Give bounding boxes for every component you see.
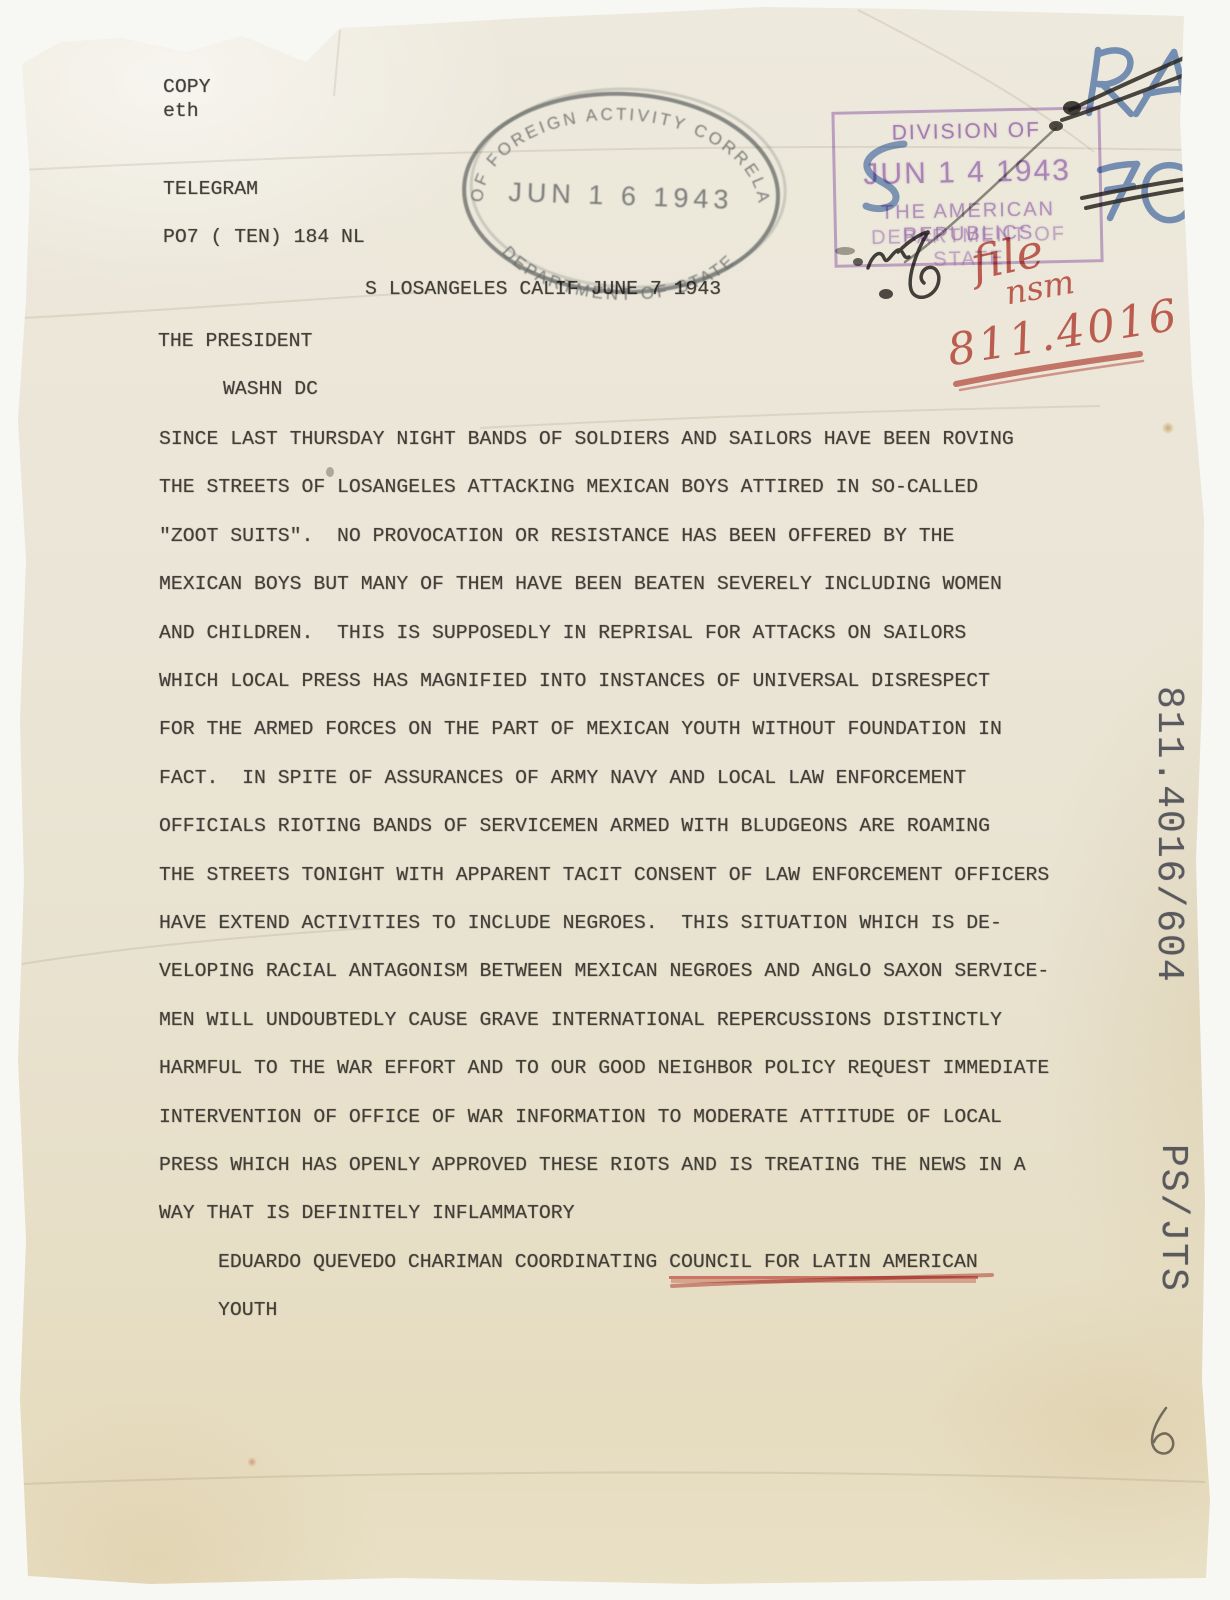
doc-type-label: TELEGRAM xyxy=(163,178,258,201)
routing-line: PO7 ( TEN) 184 NL xyxy=(163,226,365,249)
body-line: FACT. IN SPITE OF ASSURANCES OF ARMY NAV… xyxy=(159,767,966,790)
body-line: SINCE LAST THURSDAY NIGHT BANDS OF SOLDI… xyxy=(159,428,1014,451)
body-line: THE STREETS OF LOSANGELES ATTACKING MEXI… xyxy=(159,476,978,499)
body-line: WHICH LOCAL PRESS HAS MAGNIFIED INTO INS… xyxy=(159,670,990,693)
signature-line2: YOUTH xyxy=(218,1299,277,1322)
body-line: MEXICAN BOYS BUT MANY OF THEM HAVE BEEN … xyxy=(159,573,1002,596)
signature-underlined-text: COUNCIL FOR LATIN AMERICAN xyxy=(669,1251,978,1279)
signature-prefix: EDUARDO QUEVEDO CHARIMAN COORDINATING xyxy=(218,1251,669,1273)
oval-stamp-bottom-arc: DEPARTMENT OF STATE xyxy=(497,242,740,308)
scanned-telegram-page: COPY eth TELEGRAM PO7 ( TEN) 184 NL S LO… xyxy=(0,0,1230,1600)
margin-file-number: 811.4016/604 xyxy=(1147,686,1190,984)
body-line: PRESS WHICH HAS OPENLY APPROVED THESE RI… xyxy=(159,1154,1026,1177)
body-line: "ZOOT SUITS". NO PROVOCATION OR RESISTAN… xyxy=(159,525,954,548)
blue-code-7C xyxy=(1100,164,1190,220)
typist-initials: eth xyxy=(163,100,199,123)
recipient-line: THE PRESIDENT xyxy=(158,330,312,353)
recipient-city: WASHN DC xyxy=(223,378,318,401)
body-line: VELOPING RACIAL ANTAGONISM BETWEEN MEXIC… xyxy=(159,960,1049,983)
division-stamp-line1: DIVISION OF xyxy=(835,117,1098,147)
oval-received-stamp: DIV OF FOREIGN ACTIVITY CORRELATION DEPA… xyxy=(436,69,814,322)
body-line: THE STREETS TONIGHT WITH APPARENT TACIT … xyxy=(159,864,1049,887)
body-line: MEN WILL UNDOUBTEDLY CAUSE GRAVE INTERNA… xyxy=(159,1009,1002,1032)
body-line: HARMFUL TO THE WAR EFFORT AND TO OUR GOO… xyxy=(159,1057,1049,1080)
blue-code-RA xyxy=(1089,50,1187,114)
paper-sheet: COPY eth TELEGRAM PO7 ( TEN) 184 NL S LO… xyxy=(0,0,1230,1600)
body-line: WAY THAT IS DEFINITELY INFLAMMATORY xyxy=(159,1202,574,1225)
pencil-squiggle xyxy=(1152,1408,1173,1453)
signature-line: EDUARDO QUEVEDO CHARIMAN COORDINATING CO… xyxy=(218,1251,978,1274)
copy-label: COPY xyxy=(163,76,210,99)
body-line: AND CHILDREN. THIS IS SUPPOSEDLY IN REPR… xyxy=(159,622,966,645)
body-line: HAVE EXTEND ACTIVITIES TO INCLUDE NEGROE… xyxy=(159,912,1002,935)
ink-blot xyxy=(879,289,893,299)
body-line: OFFICIALS RIOTING BANDS OF SERVICEMEN AR… xyxy=(159,815,990,838)
division-stamp-date: JUN 1 4 1943 xyxy=(835,153,1099,193)
body-line: INTERVENTION OF OFFICE OF WAR INFORMATIO… xyxy=(159,1106,1002,1129)
body-line: FOR THE ARMED FORCES ON THE PART OF MEXI… xyxy=(159,718,1002,741)
margin-routing-initials: PS/JTS xyxy=(1151,1144,1194,1293)
oval-stamp-date: JUN 1 6 1943 xyxy=(508,177,734,215)
